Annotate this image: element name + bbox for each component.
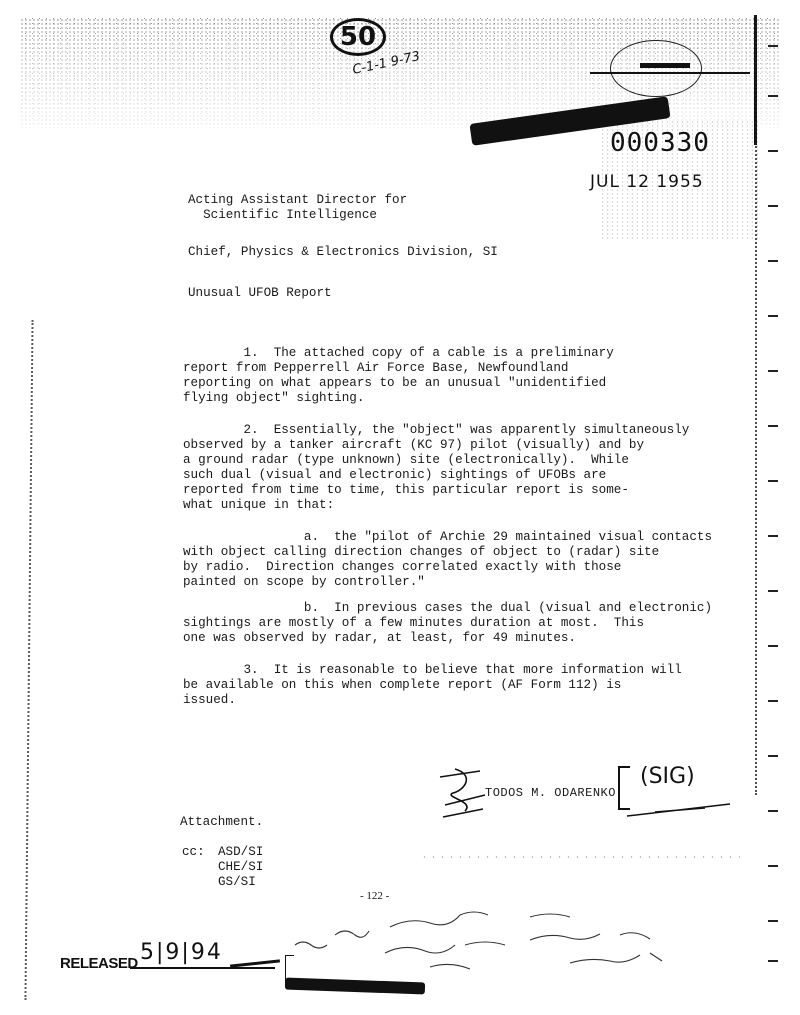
paragraph-2: 2. Essentially, the "object" was apparen…: [183, 423, 689, 513]
margin-tick: [768, 920, 778, 922]
memo-to: Acting Assistant Director for Scientific…: [188, 193, 407, 223]
margin-tick: [768, 425, 778, 427]
circled-page-number: 50: [330, 18, 386, 56]
handwritten-notes: [290, 905, 710, 985]
cc-label: cc:: [182, 845, 205, 860]
stamp-line: [590, 72, 750, 74]
to-line-2: Scientific Intelligence: [188, 208, 377, 222]
margin-tick: [768, 150, 778, 152]
scan-noise-dots: [420, 855, 740, 859]
margin-tick: [768, 590, 778, 592]
attachment-note: Attachment.: [180, 815, 263, 830]
released-underline: [130, 967, 275, 969]
memo-subject: Unusual UFOB Report: [188, 286, 332, 301]
margin-tick: [768, 315, 778, 317]
margin-tick: [768, 260, 778, 262]
margin-tick: [768, 45, 778, 47]
scan-edge-right: [755, 15, 760, 795]
margin-tick: [768, 370, 778, 372]
released-label: RELEASED: [60, 955, 138, 972]
scan-edge-left: [24, 320, 35, 1000]
stamp-oval: [610, 40, 702, 97]
paragraph-2a: a. the "pilot of Archie 29 maintained vi…: [183, 530, 712, 590]
paragraph-1: 1. The attached copy of a cable is a pre…: [183, 346, 614, 406]
document-page: 50 C-1-1 9-73 000330 JUL 12 1955 Acting …: [0, 0, 800, 1015]
margin-tick: [768, 645, 778, 647]
page-number: - 122 -: [360, 890, 389, 902]
margin-tick: [768, 95, 778, 97]
handwritten-initials: (SIG): [640, 764, 695, 789]
margin-tick: [768, 810, 778, 812]
margin-tick: [768, 960, 778, 962]
margin-tick: [768, 535, 778, 537]
to-line-1: Acting Assistant Director for: [188, 193, 407, 207]
date-stamp: JUL 12 1955: [590, 172, 704, 192]
memo-from: Chief, Physics & Electronics Division, S…: [188, 245, 498, 260]
margin-tick: [768, 700, 778, 702]
paragraph-2b: b. In previous cases the dual (visual an…: [183, 601, 712, 646]
margin-tick: [768, 480, 778, 482]
document-number: 000330: [610, 128, 710, 158]
initials-underline: [625, 800, 735, 820]
cc-recipients: ASD/SI CHE/SI GS/SI: [218, 845, 263, 890]
stamp-scribble: [640, 63, 690, 68]
signatory-name: TODOS M. ODARENKO: [485, 786, 616, 801]
margin-tick: [768, 205, 778, 207]
released-date: 5|9|94: [140, 940, 223, 965]
margin-tick: [768, 865, 778, 867]
margin-tick: [768, 755, 778, 757]
paragraph-3: 3. It is reasonable to believe that more…: [183, 663, 682, 708]
